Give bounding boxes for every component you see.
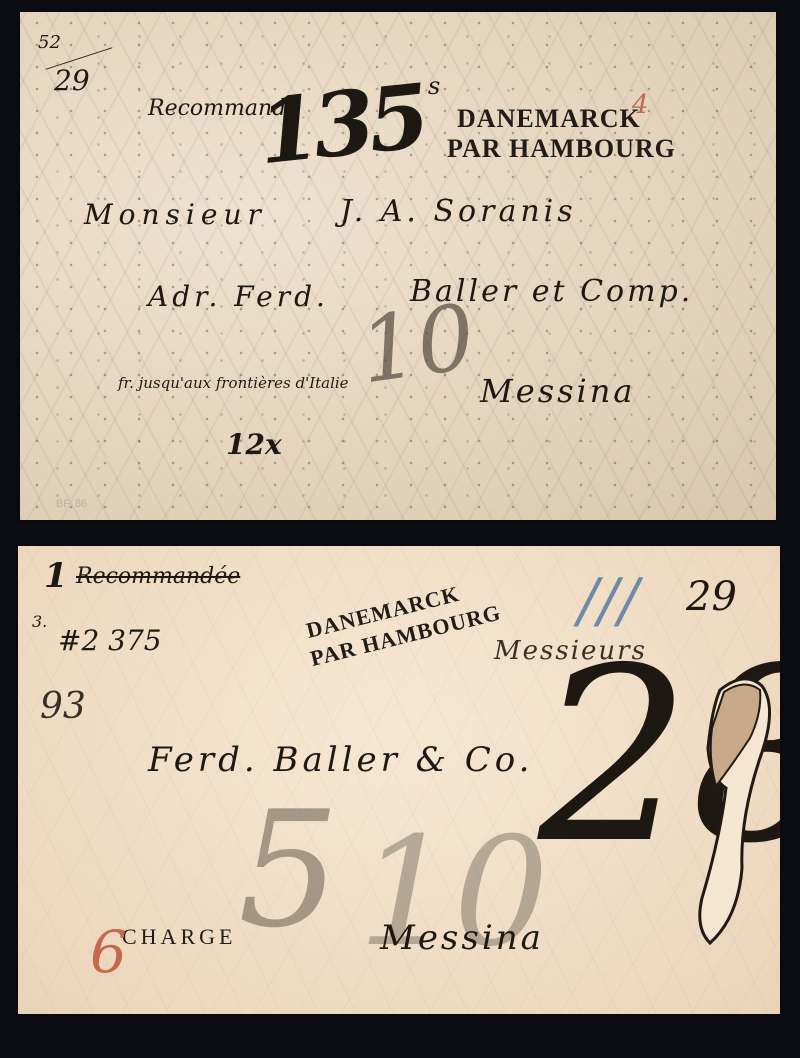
handstamp-danemarck: DANEMARCK bbox=[457, 104, 641, 134]
manuscript-5: 5 bbox=[238, 776, 340, 963]
registry-number: #2 375 bbox=[58, 624, 162, 657]
number-29: 29 bbox=[686, 574, 737, 620]
left-numeral: 3. bbox=[32, 612, 47, 631]
salutation: Monsieur bbox=[84, 198, 267, 231]
ref-number-top: 52 bbox=[38, 32, 61, 53]
frontier-note: fr. jusqu'aux frontières d'Italie bbox=[118, 374, 349, 392]
top-postal-cover: 52 29 Recommandé 135 s DANEMARCK PAR HAM… bbox=[20, 12, 776, 520]
wax-seal-remnant bbox=[690, 668, 775, 948]
ref-number-bottom: 29 bbox=[54, 64, 90, 97]
destination-city: Messina bbox=[480, 372, 635, 410]
red-numeral-6: 6 bbox=[90, 918, 127, 986]
manuscript-93: 93 bbox=[40, 686, 86, 727]
address-line: Adr. Ferd. bbox=[148, 280, 329, 313]
charge-handstamp: CHARGE bbox=[122, 924, 236, 950]
firm-name: Ferd. Baller & Co. bbox=[148, 740, 533, 780]
kreuzer-rate: 12x bbox=[226, 428, 282, 461]
recommended-note-struck: Recommandée bbox=[76, 564, 240, 589]
top-numeral: 1 bbox=[44, 556, 68, 596]
bottom-postal-cover: 1 Recommandée 3. #2 375 93 DANEMARCK PAR… bbox=[18, 546, 780, 1014]
postage-due: 10 bbox=[353, 285, 481, 405]
addressee-name: J. A. Soranis bbox=[340, 194, 577, 229]
red-crayon-mark: 4 bbox=[632, 90, 649, 120]
archive-note: BF. 86 bbox=[56, 498, 87, 510]
rate-numeral: 135 bbox=[253, 64, 429, 185]
handstamp-par-hambourg: PAR HAMBOURG bbox=[447, 134, 676, 164]
destination-city: Messina bbox=[380, 918, 544, 958]
rate-suffix: s bbox=[428, 72, 440, 100]
